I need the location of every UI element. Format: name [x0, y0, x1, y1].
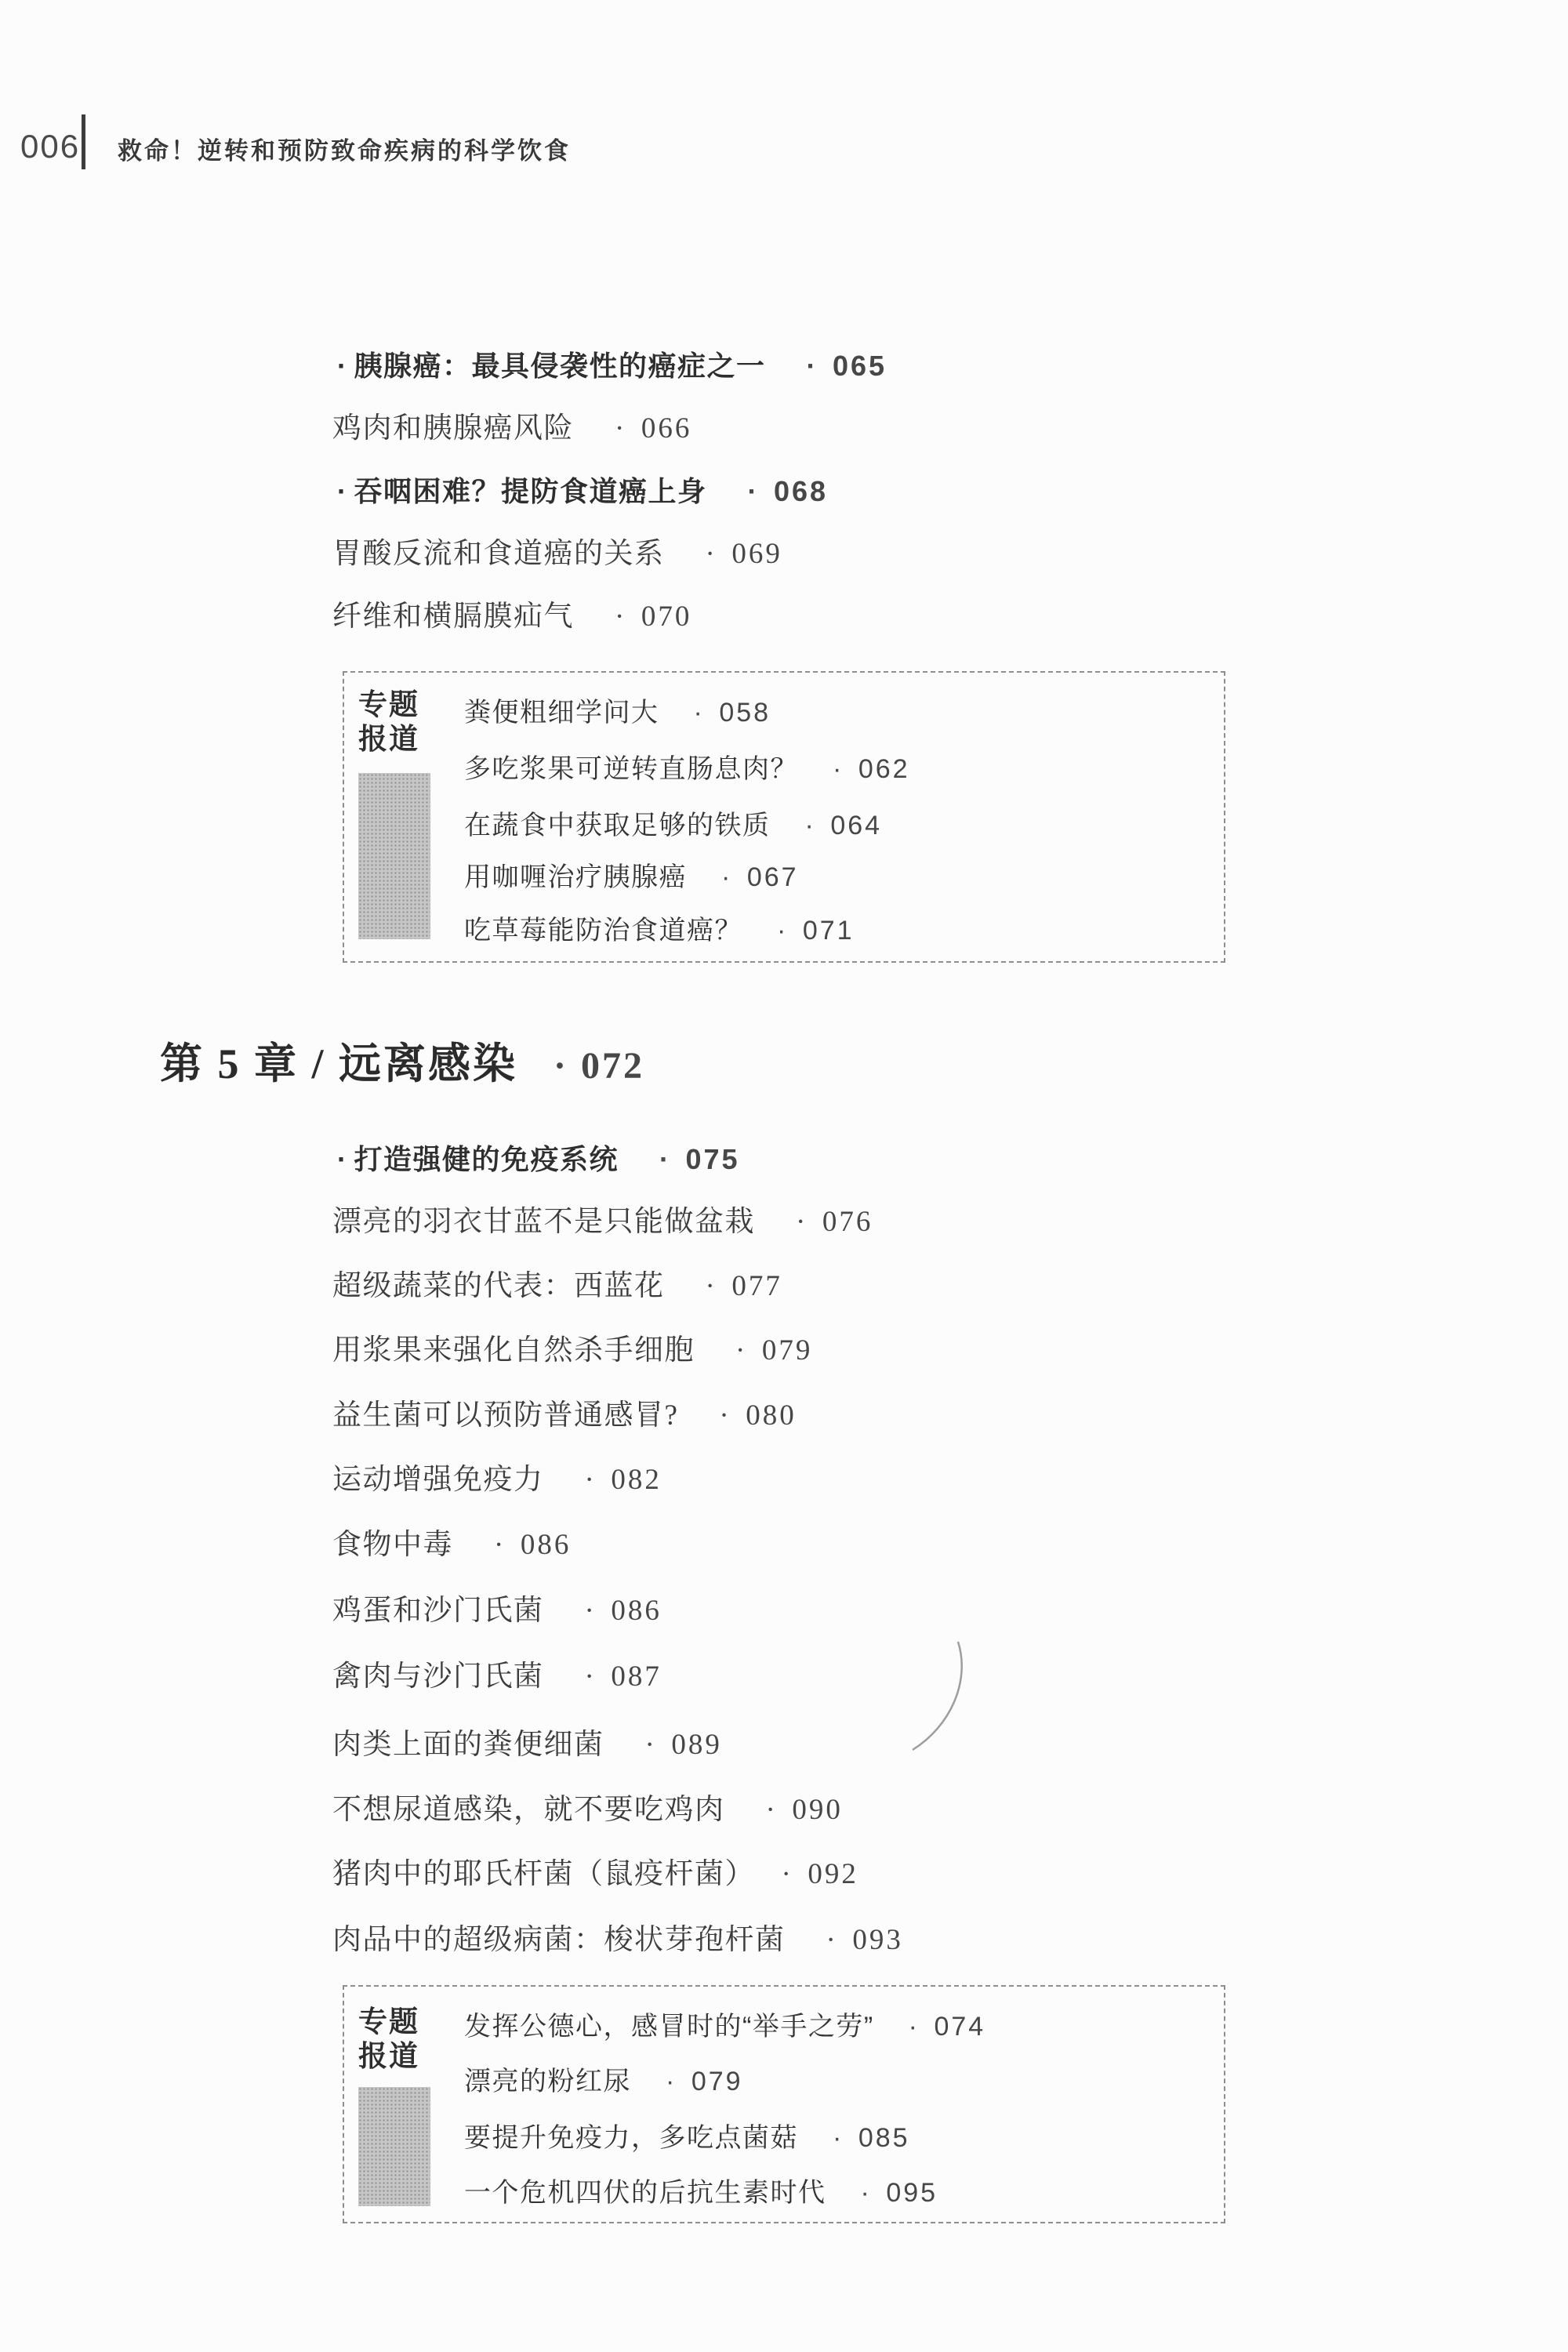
toc-entry: 用浆果来强化自然杀手细胞·079	[332, 1333, 812, 1369]
dot-separator: ·	[494, 1529, 505, 1561]
feature-box-entry: 粪便粗细学问大·058	[464, 696, 771, 730]
toc-entry-page-group: ·082	[585, 1464, 662, 1496]
toc-entry-title: 胃酸反流和食道癌的关系	[332, 538, 665, 570]
toc-entry: ·胰腺癌：最具侵袭性的癌症之一·065	[337, 348, 887, 383]
toc-entry-page: 087	[611, 1661, 662, 1693]
toc-entry-title: 粪便粗细学问大	[464, 698, 659, 728]
running-head-book-title: 救命！逆转和预防致命疾病的科学饮食	[118, 136, 571, 165]
toc-entry-page: 082	[611, 1464, 662, 1496]
toc-entry-title: 在蔬食中获取足够的铁质	[464, 811, 771, 840]
toc-entry-title: 超级蔬菜的代表：西蓝花	[332, 1270, 665, 1302]
feature-box-label-line2: 报道	[358, 2040, 419, 2074]
toc-entry-page-group: ·074	[909, 2012, 986, 2042]
toc-entry-page-group: ·080	[719, 1399, 796, 1432]
dot-separator: ·	[826, 1924, 837, 1956]
dot-separator: ·	[585, 1595, 596, 1627]
toc-entry-page-group: ·092	[782, 1858, 858, 1890]
chapter-page: 072	[581, 1045, 644, 1087]
dot-separator: ·	[659, 1143, 670, 1175]
toc-entry-title: 一个危机四伏的后抗生素时代	[464, 2178, 826, 2208]
toc-entry-page-group: ·086	[585, 1595, 662, 1627]
toc-entry-title: 漂亮的粉红尿	[464, 2067, 631, 2096]
dot-separator: ·	[615, 601, 626, 633]
toc-entry-page-group: ·076	[796, 1206, 873, 1238]
dot-separator: ·	[585, 1464, 596, 1496]
dot-separator: ·	[706, 538, 717, 570]
halftone-block	[358, 2087, 430, 2206]
toc-entry: 漂亮的羽衣甘蓝不是只能做盆栽·076	[332, 1204, 873, 1240]
toc-entry: 超级蔬菜的代表：西蓝花·077	[332, 1269, 782, 1305]
toc-entry-title: 发挥公德心，感冒时的“举手之劳”	[464, 2012, 874, 2042]
toc-entry: 鸡肉和胰腺癌风险·066	[332, 411, 691, 447]
feature-box-entry: 要提升免疫力，多吃点菌菇·085	[464, 2122, 910, 2155]
toc-entry-page-group: ·075	[659, 1143, 740, 1175]
bullet-marker: ·	[337, 475, 348, 507]
toc-entry-title: 吃草莓能防治食道癌？	[464, 916, 742, 946]
toc-entry-page-group: ·070	[615, 601, 691, 633]
toc-entry-title: 吞咽困难？提防食道癌上身	[354, 475, 707, 507]
chapter-page-group: ·072	[554, 1045, 644, 1087]
toc-entry-page-group: ·077	[706, 1270, 782, 1302]
feature-box-entry: 用咖喱治疗胰腺癌·067	[464, 861, 799, 895]
toc-entry: 益生菌可以预防普通感冒?·080	[332, 1398, 797, 1434]
toc-entry: 不想尿道感染，就不要吃鸡肉·090	[332, 1792, 843, 1828]
bullet-marker: ·	[337, 350, 348, 382]
toc-entry-title: 打造强健的免疫系统	[354, 1143, 619, 1175]
toc-entry-page-group: ·079	[735, 1334, 812, 1367]
toc-entry-page-group: ·058	[694, 698, 771, 728]
toc-entry-page-group: ·085	[833, 2123, 910, 2153]
toc-entry-page: 070	[641, 601, 692, 633]
feature-box-entry: 多吃浆果可逆转直肠息肉？·062	[464, 753, 910, 786]
toc-entry-title: 益生菌可以预防普通感冒?	[332, 1399, 678, 1432]
toc-entry-title: 用咖喱治疗胰腺癌	[464, 862, 687, 892]
toc-entry: 食物中毒·086	[332, 1527, 571, 1563]
toc-entry-page: 062	[858, 754, 910, 784]
toc-entry-page-group: ·069	[706, 538, 782, 570]
toc-entry-title: 不想尿道感染，就不要吃鸡肉	[332, 1794, 725, 1826]
toc-entry-page: 089	[671, 1729, 722, 1761]
toc-entry-page: 086	[611, 1595, 662, 1627]
dot-separator: ·	[766, 1794, 777, 1826]
toc-entry-page: 086	[521, 1529, 572, 1561]
feature-box-label-line1: 专题	[358, 688, 419, 722]
toc-entry-title: 食物中毒	[332, 1529, 453, 1561]
toc-entry-page: 093	[852, 1924, 903, 1956]
toc-entry-page-group: ·089	[645, 1729, 722, 1761]
toc-entry-page-group: ·071	[777, 916, 855, 946]
toc-entry-page-group: ·090	[766, 1794, 843, 1826]
dot-separator: ·	[807, 350, 818, 382]
toc-entry-page: 058	[719, 698, 771, 728]
dot-separator: ·	[719, 1399, 730, 1432]
toc-entry-page: 068	[774, 475, 828, 507]
dot-separator: ·	[748, 475, 759, 507]
feature-box-entry: 在蔬食中获取足够的铁质·064	[464, 809, 882, 843]
toc-entry-page: 064	[830, 811, 882, 840]
feature-box-entry: 一个危机四伏的后抗生素时代·095	[464, 2176, 938, 2210]
toc-entry-page-group: ·093	[826, 1924, 903, 1956]
toc-entry-title: 要提升免疫力，多吃点菌菇	[464, 2123, 798, 2153]
feature-box-entry: 漂亮的粉红尿·079	[464, 2065, 743, 2099]
toc-entry-page: 085	[858, 2123, 910, 2153]
feature-box-entry: 吃草莓能防治食道癌？·071	[464, 914, 855, 948]
dot-separator: ·	[833, 2123, 843, 2153]
dot-separator: ·	[796, 1206, 807, 1238]
toc-entry-page-group: ·065	[807, 350, 887, 382]
toc-entry-title: 禽肉与沙门氏菌	[332, 1661, 544, 1693]
feature-box-label-line2: 报道	[358, 723, 419, 757]
dot-separator: ·	[735, 1334, 746, 1367]
toc-entry: 猪肉中的耶氏杆菌（鼠疫杆菌）·092	[332, 1857, 858, 1893]
dot-separator: ·	[706, 1270, 717, 1302]
feature-report-box: 专题 报道 发挥公德心，感冒时的“举手之劳”·074 漂亮的粉红尿·079 要提…	[343, 1985, 1225, 2223]
dot-separator: ·	[585, 1661, 596, 1693]
dot-separator: ·	[721, 862, 731, 892]
toc-entry-page-group: ·066	[615, 412, 691, 445]
toc-entry: ·吞咽困难？提防食道癌上身·068	[337, 474, 828, 509]
toc-entry-page-group: ·087	[585, 1661, 662, 1693]
toc-entry-page-group: ·079	[666, 2067, 743, 2096]
chapter-heading: 第 5 章 / 远离感染·072	[160, 1040, 644, 1088]
toc-entry: 纤维和横膈膜疝气·070	[332, 599, 691, 635]
toc-entry-page: 092	[808, 1858, 858, 1890]
toc-entry: ·打造强健的免疫系统·075	[337, 1142, 740, 1177]
toc-entry-page: 079	[762, 1334, 813, 1367]
toc-entry-page-group: ·095	[861, 2178, 938, 2208]
toc-entry-page: 080	[746, 1399, 797, 1432]
toc-entry-page-group: ·062	[833, 754, 910, 784]
toc-entry: 肉品中的超级病菌：梭状芽孢杆菌·093	[332, 1922, 903, 1958]
toc-entry-page: 077	[731, 1270, 782, 1302]
dot-separator: ·	[694, 698, 704, 728]
dot-separator: ·	[645, 1729, 656, 1761]
toc-entry: 胃酸反流和食道癌的关系·069	[332, 536, 782, 572]
toc-entry-page: 076	[822, 1206, 873, 1238]
toc-entry-title: 鸡蛋和沙门氏菌	[332, 1595, 544, 1627]
dot-separator: ·	[666, 2067, 676, 2096]
dot-separator: ·	[909, 2012, 919, 2042]
dot-separator: ·	[782, 1858, 793, 1890]
feature-box-label-line1: 专题	[358, 2005, 419, 2039]
toc-entry-title: 多吃浆果可逆转直肠息肉？	[464, 754, 798, 784]
toc-entry: 禽肉与沙门氏菌·087	[332, 1659, 662, 1695]
toc-entry-title: 猪肉中的耶氏杆菌（鼠疫杆菌）	[332, 1858, 741, 1890]
chapter-title: 第 5 章 / 远离感染	[160, 1040, 517, 1087]
page-number: 006	[20, 130, 80, 163]
toc-entry-page: 069	[731, 538, 782, 570]
dot-separator: ·	[554, 1045, 568, 1087]
toc-entry-page: 067	[747, 862, 799, 892]
toc-entry-page: 071	[803, 916, 855, 946]
dot-separator: ·	[777, 916, 787, 946]
toc-entry-page: 095	[886, 2178, 938, 2208]
toc-entry-title: 运动增强免疫力	[332, 1464, 544, 1496]
toc-entry-page: 065	[833, 350, 887, 382]
toc-entry: 运动增强免疫力·082	[332, 1462, 662, 1498]
toc-entry-page: 090	[792, 1794, 843, 1826]
toc-entry-page-group: ·067	[721, 862, 799, 892]
toc-entry-title: 胰腺癌：最具侵袭性的癌症之一	[354, 350, 766, 382]
dot-separator: ·	[833, 754, 843, 784]
toc-entry-page-group: ·064	[805, 811, 883, 840]
dot-separator: ·	[861, 2178, 871, 2208]
toc-entry-title: 漂亮的羽衣甘蓝不是只能做盆栽	[332, 1206, 755, 1238]
toc-entry-title: 用浆果来强化自然杀手细胞	[332, 1334, 695, 1367]
dot-separator: ·	[805, 811, 815, 840]
header-divider-bar	[82, 114, 85, 169]
toc-entry: 肉类上面的粪便细菌·089	[332, 1727, 722, 1763]
toc-entry-page: 079	[691, 2067, 743, 2096]
toc-entry-page: 074	[934, 2012, 985, 2042]
toc-entry-page: 075	[686, 1143, 740, 1175]
feature-report-box: 专题 报道 粪便粗细学问大·058 多吃浆果可逆转直肠息肉？·062 在蔬食中获…	[343, 671, 1225, 963]
dot-separator: ·	[615, 412, 626, 445]
feature-box-entry: 发挥公德心，感冒时的“举手之劳”·074	[464, 2010, 985, 2044]
toc-entry-title: 鸡肉和胰腺癌风险	[332, 412, 574, 445]
bullet-marker: ·	[337, 1143, 348, 1175]
toc-entry-page-group: ·086	[494, 1529, 571, 1561]
toc-entry-page: 066	[641, 412, 692, 445]
toc-entry-title: 纤维和横膈膜疝气	[332, 601, 574, 633]
halftone-block	[358, 773, 430, 939]
toc-entry-title: 肉品中的超级病菌：梭状芽孢杆菌	[332, 1924, 786, 1956]
toc-entry-page-group: ·068	[748, 475, 829, 507]
toc-entry-title: 肉类上面的粪便细菌	[332, 1729, 604, 1761]
toc-entry: 鸡蛋和沙门氏菌·086	[332, 1593, 662, 1629]
scan-artifact-mark	[902, 1639, 988, 1756]
